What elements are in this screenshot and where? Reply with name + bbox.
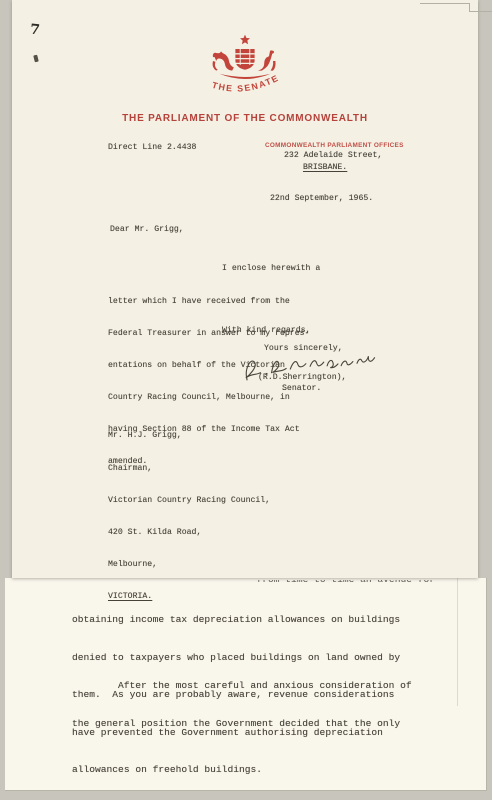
signature-title: Senator. — [282, 384, 321, 395]
recipient-line: 420 St. Kilda Road, — [108, 528, 270, 539]
letterhead-city: BRISBANE. — [303, 163, 347, 174]
recipient-line: Victorian Country Racing Council, — [108, 496, 270, 507]
enclosure-paragraph: After the most careful and anxious consi… — [72, 655, 412, 755]
letter-date: 22nd September, 1965. — [270, 194, 373, 205]
enclosure-line: the general position the Government deci… — [72, 718, 412, 731]
paper-edge-line — [457, 578, 458, 706]
salutation: Dear Mr. Grigg, — [110, 225, 184, 236]
scanned-letter: 7 THE SENATE. THE PARLIAMENT OF THE COMM… — [0, 0, 492, 800]
direct-line: Direct Line 2.4438 — [108, 143, 196, 154]
body-line: letter which I have received from the — [108, 297, 320, 308]
letterhead-title: THE PARLIAMENT OF THE COMMONWEALTH — [12, 113, 478, 124]
enclosure-line: obtaining income tax depreciation allowa… — [72, 614, 400, 627]
enclosure-line: After the most careful and anxious consi… — [72, 680, 412, 693]
clipped-text-line: from time to time an avenue for — [100, 580, 435, 588]
recipient-line: Chairman, — [108, 464, 270, 475]
regards-line: With kind regards, — [222, 326, 310, 337]
letterhead-street: 232 Adelaide Street, — [284, 151, 382, 162]
pen-mark: 7 — [29, 22, 40, 39]
clipped-text-fragment: from time to time an avenue for — [100, 580, 435, 586]
paper-edge-line — [420, 3, 470, 4]
senate-coat-of-arms-icon: THE SENATE. — [197, 33, 293, 113]
enclosure-line: allowances on freehold buildings. — [72, 764, 400, 777]
paper-edge-line — [469, 11, 492, 12]
letterhead-office: COMMONWEALTH PARLIAMENT OFFICES — [265, 142, 404, 149]
recipient-line: Melbourne, — [108, 560, 270, 571]
body-line: I enclose herewith a — [108, 264, 320, 275]
recipient-line: Mr. H.J. Grigg, — [108, 431, 270, 442]
